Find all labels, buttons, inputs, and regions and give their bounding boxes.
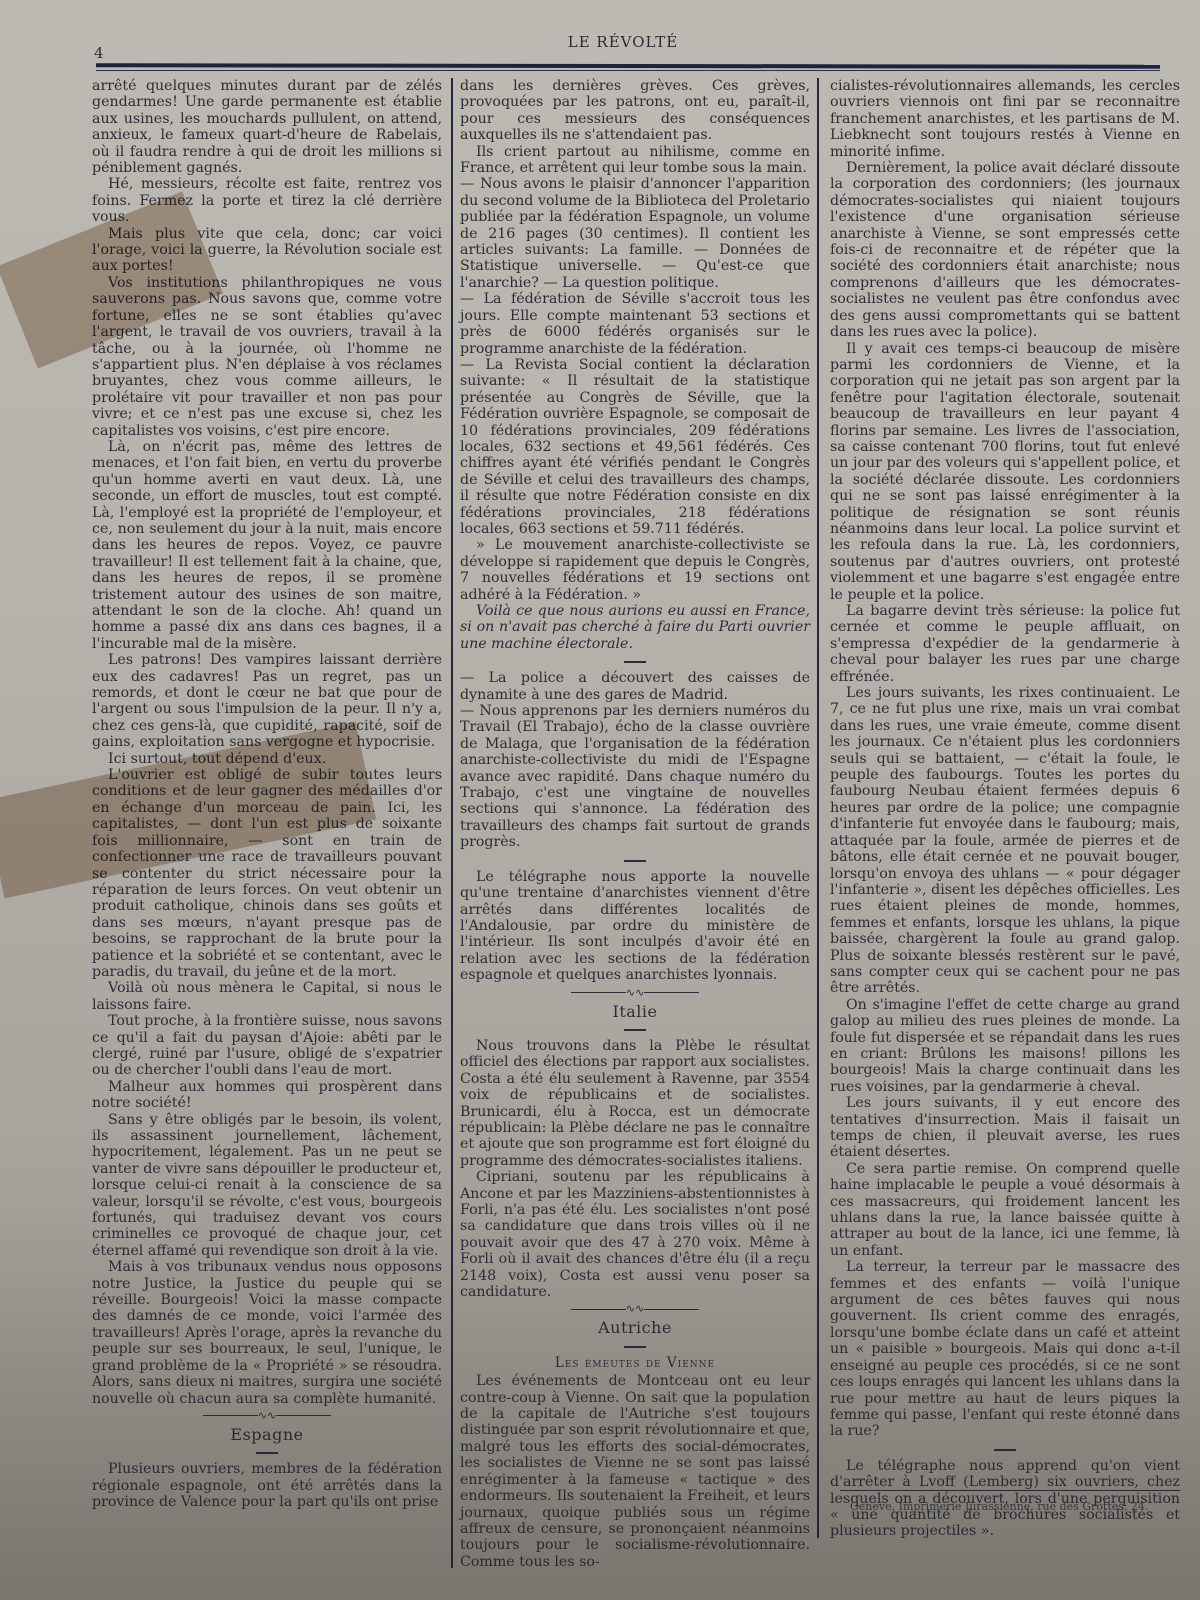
paragraph: Ce sera partie remise. On comprend quell… — [830, 1161, 1180, 1259]
paragraph: Cipriani, soutenu par les républicains à… — [460, 1169, 810, 1300]
subheading-emeutes-de-vienne: Les émeutes de Vienne — [460, 1355, 810, 1371]
paragraph: Nous trouvons dans la Plèbe le résultat … — [460, 1038, 810, 1169]
section-separator: ∿∿ — [92, 1411, 442, 1421]
paragraph: Il y avait ces temps-ci beaucoup de misè… — [830, 341, 1180, 604]
paragraph: Le télégraphe nous apporte la nouvelle q… — [460, 869, 810, 984]
paragraph: Sans y être obligés par le besoin, ils v… — [92, 1112, 442, 1260]
paragraph: Plusieurs ouvriers, membres de la fédéra… — [92, 1461, 442, 1510]
column-2: dans les dernières grèves. Ces grèves, p… — [460, 78, 810, 1570]
paragraph: — La fédération de Séville s'accroit tou… — [460, 291, 810, 357]
column-divider — [817, 78, 819, 1538]
heading-dash — [92, 1445, 442, 1455]
item-separator — [830, 1442, 1180, 1452]
section-heading-espagne: Espagne — [92, 1427, 442, 1443]
column-3: cialistes-révolutionnaires allemands, le… — [830, 78, 1180, 1540]
newspaper-page: 4 LE RÉVOLTÉ arrêté quelques minutes dur… — [0, 0, 1200, 1600]
page-header: 4 LE RÉVOLTÉ — [88, 28, 1158, 68]
heading-dash — [460, 1022, 810, 1032]
paragraph: Ils crient partout au nihilisme, comme e… — [460, 144, 810, 177]
paragraph: dans les dernières grèves. Ces grèves, p… — [460, 78, 810, 144]
paragraph: — La Revista Social contient la déclarat… — [460, 357, 810, 537]
masthead-title: LE RÉVOLTÉ — [88, 33, 1158, 51]
item-separator — [460, 853, 810, 863]
heading-dash — [460, 1339, 810, 1349]
paragraph: » Le mouvement anarchiste-collectiviste … — [460, 537, 810, 603]
paragraph: Les événements de Montceau ont eu leur c… — [460, 1373, 810, 1570]
paragraph: Mais à vos tribunaux vendus nous opposon… — [92, 1259, 442, 1407]
section-heading-italie: Italie — [460, 1004, 810, 1020]
paragraph: Les jours suivants, il y eut encore des … — [830, 1095, 1180, 1161]
header-rule-thin — [96, 70, 1160, 71]
paragraph: Le télégraphe nous apprend qu'on vient d… — [830, 1458, 1180, 1540]
section-separator: ∿∿ — [460, 988, 810, 998]
section-separator: ∿∿ — [460, 1304, 810, 1314]
paragraph: Dernièrement, la police avait déclaré di… — [830, 160, 1180, 340]
paragraph-italic: Voilà ce que nous aurions eu aussi en Fr… — [460, 603, 810, 652]
paragraph: La bagarre devint très sérieuse: la poli… — [830, 603, 1180, 685]
paragraph: Voilà où nous mènera le Capital, si nous… — [92, 980, 442, 1013]
paragraph: arrêté quelques minutes durant par de zé… — [92, 78, 442, 176]
paragraph: Tout proche, à la frontière suisse, nous… — [92, 1013, 442, 1079]
paragraph: La terreur, la terreur par le massacre d… — [830, 1259, 1180, 1439]
paragraph: — Nous avons le plaisir d'annoncer l'app… — [460, 176, 810, 291]
paragraph: On s'imagine l'effet de cette charge au … — [830, 997, 1180, 1095]
paragraph: Là, on n'écrit pas, même des lettres de … — [92, 439, 442, 652]
column-divider — [451, 78, 453, 1568]
paragraph: Les patrons! Des vampires laissant derri… — [92, 652, 442, 750]
printer-imprint: Genève, Imprimerie Jurassienne, rue des … — [850, 1500, 1148, 1513]
section-heading-autriche: Autriche — [460, 1320, 810, 1336]
paragraph: — La police a découvert des caisses de d… — [460, 670, 810, 703]
paragraph: — Nous apprenons par les derniers numéro… — [460, 703, 810, 851]
item-separator — [460, 654, 810, 664]
paragraph: Les jours suivants, les rixes continuaie… — [830, 685, 1180, 997]
footer-rule — [840, 1490, 1180, 1491]
paragraph: cialistes-révolutionnaires allemands, le… — [830, 78, 1180, 160]
paragraph: Malheur aux hommes qui prospèrent dans n… — [92, 1079, 442, 1112]
